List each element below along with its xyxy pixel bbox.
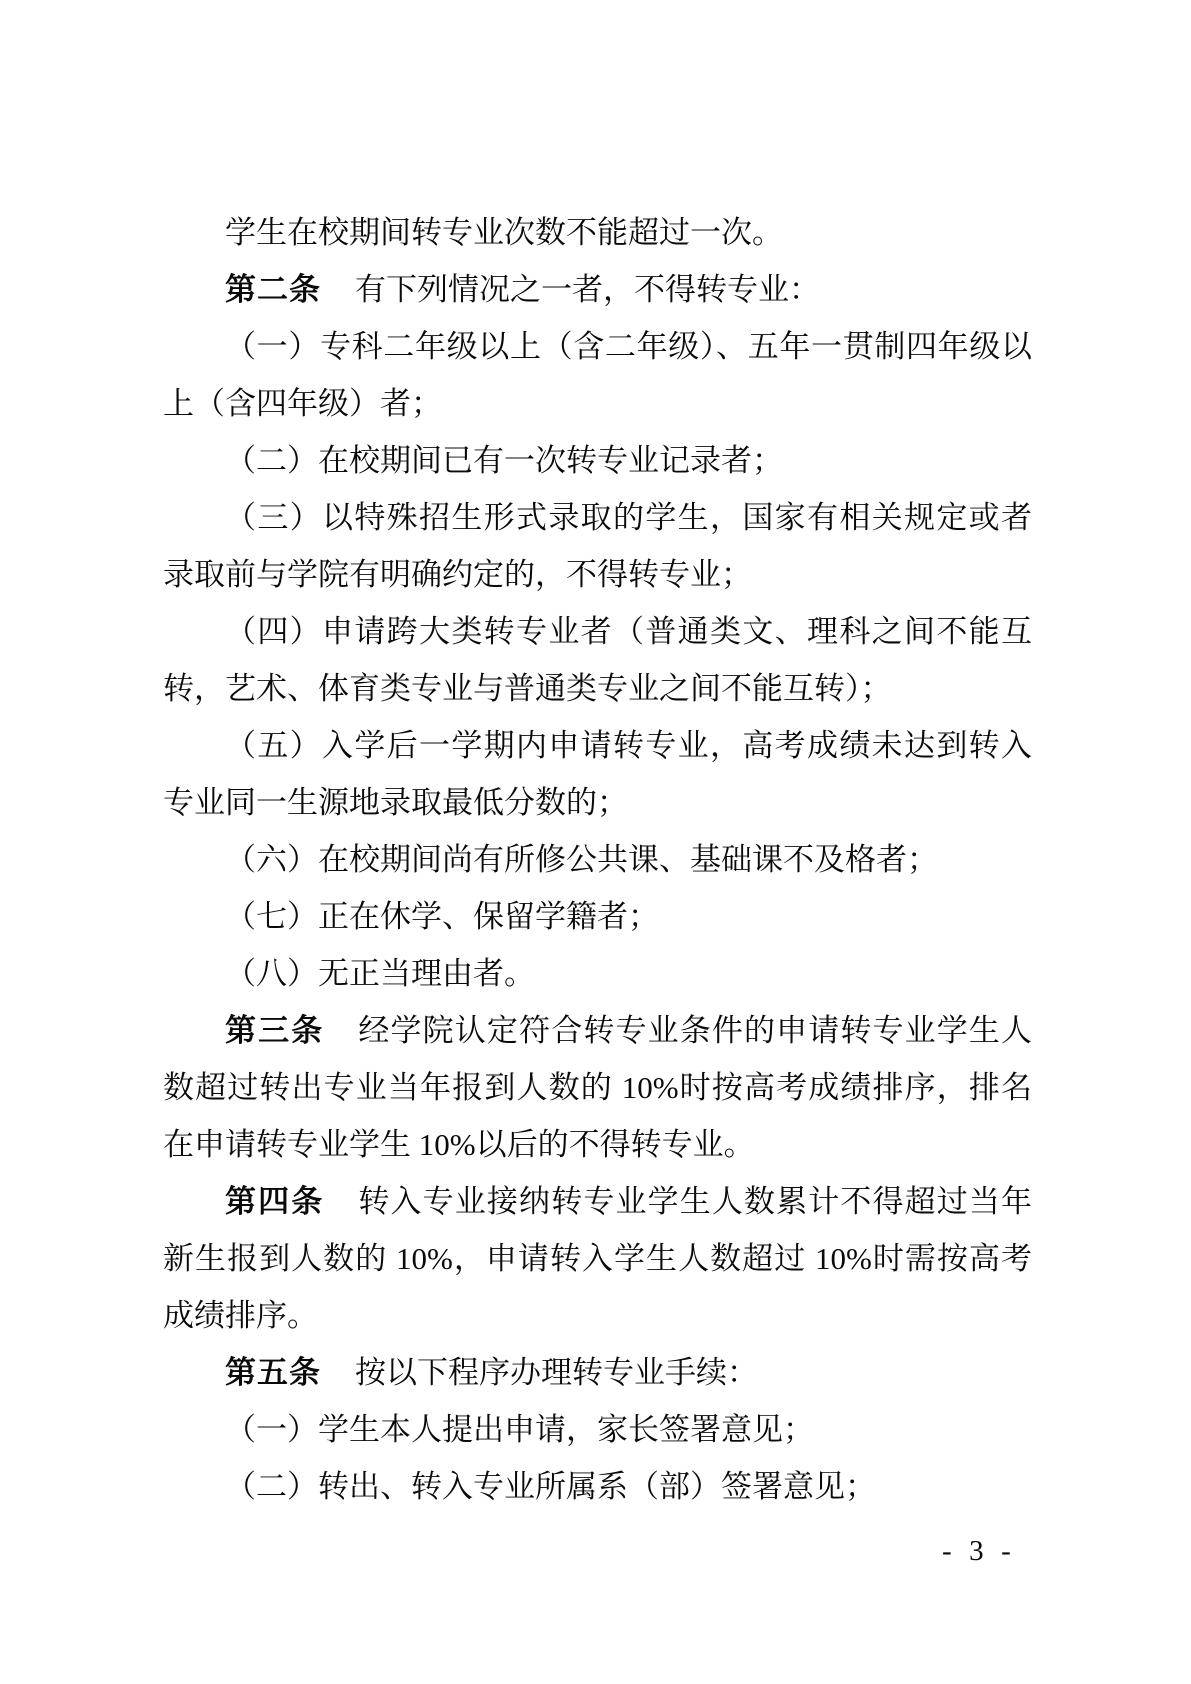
line-text: 数超过转出专业当年报到人数的 10%时按高考成绩排序，排名 bbox=[163, 1070, 1032, 1105]
line-text: （五）入学后一学期内申请转专业，高考成绩未达到转入 bbox=[225, 728, 1032, 763]
line-text: （三）以特殊招生形式录取的学生，国家有相关规定或者 bbox=[225, 500, 1032, 535]
article-heading-line: 第二条有下列情况之一者，不得转专业： bbox=[163, 261, 1032, 318]
line-text: （一）学生本人提出申请，家长签署意见； bbox=[225, 1412, 814, 1447]
line-text: 录取前与学院有明确约定的，不得转专业； bbox=[163, 557, 752, 592]
text-line: （一）学生本人提出申请，家长签署意见； bbox=[163, 1401, 1032, 1458]
text-line: 专业同一生源地录取最低分数的； bbox=[163, 774, 1032, 831]
text-line: 成绩排序。 bbox=[163, 1287, 1032, 1344]
article-heading-line: 第三条经学院认定符合转专业条件的申请转专业学生人 bbox=[163, 1002, 1032, 1059]
line-text: （七）正在休学、保留学籍者； bbox=[225, 899, 659, 934]
article-heading-line: 第四条转入专业接纳转专业学生人数累计不得超过当年 bbox=[163, 1173, 1032, 1230]
text-line: （二）转出、转入专业所属系（部）签署意见； bbox=[163, 1458, 1032, 1515]
text-line: 数超过转出专业当年报到人数的 10%时按高考成绩排序，排名 bbox=[163, 1059, 1032, 1116]
line-text: 经学院认定符合转专业条件的申请转专业学生人 bbox=[358, 1013, 1032, 1048]
line-text: （一）专科二年级以上（含二年级）、五年一贯制四年级以 bbox=[225, 329, 1032, 364]
line-text: （二）转出、转入专业所属系（部）签署意见； bbox=[225, 1469, 876, 1504]
line-text: 成绩排序。 bbox=[163, 1298, 318, 1333]
article-number-label: 第三条 bbox=[225, 1013, 324, 1048]
line-text: 有下列情况之一者，不得转专业： bbox=[355, 272, 820, 307]
text-line: 上（含四年级）者； bbox=[163, 375, 1032, 432]
text-line: 录取前与学院有明确约定的，不得转专业； bbox=[163, 546, 1032, 603]
text-line: （五）入学后一学期内申请转专业，高考成绩未达到转入 bbox=[163, 717, 1032, 774]
article-heading-line: 第五条按以下程序办理转专业手续： bbox=[163, 1344, 1032, 1401]
text-line: 新生报到人数的 10%，申请转入学生人数超过 10%时需按高考 bbox=[163, 1230, 1032, 1287]
article-number-label: 第四条 bbox=[225, 1184, 324, 1219]
text-line: （三）以特殊招生形式录取的学生，国家有相关规定或者 bbox=[163, 489, 1032, 546]
text-line: 在申请转专业学生 10%以后的不得转专业。 bbox=[163, 1116, 1032, 1173]
line-text: （八）无正当理由者。 bbox=[225, 956, 535, 991]
text-line: （一）专科二年级以上（含二年级）、五年一贯制四年级以 bbox=[163, 318, 1032, 375]
line-text: 新生报到人数的 10%，申请转入学生人数超过 10%时需按高考 bbox=[163, 1241, 1032, 1276]
line-text: 专业同一生源地录取最低分数的； bbox=[163, 785, 628, 820]
line-text: 在申请转专业学生 10%以后的不得转专业。 bbox=[163, 1127, 755, 1162]
line-text: （四）申请跨大类转专业者（普通类文、理科之间不能互 bbox=[225, 614, 1032, 649]
line-text: 上（含四年级）者； bbox=[163, 386, 442, 421]
line-text: 按以下程序办理转专业手续： bbox=[355, 1355, 758, 1390]
article-number-label: 第二条 bbox=[225, 272, 321, 307]
text-line: （八）无正当理由者。 bbox=[163, 945, 1032, 1002]
document-body-text: 学生在校期间转专业次数不能超过一次。第二条有下列情况之一者，不得转专业：（一）专… bbox=[163, 204, 1032, 1515]
text-line: 学生在校期间转专业次数不能超过一次。 bbox=[163, 204, 1032, 261]
line-text: 学生在校期间转专业次数不能超过一次。 bbox=[225, 215, 783, 250]
text-line: （六）在校期间尚有所修公共课、基础课不及格者； bbox=[163, 831, 1032, 888]
text-line: （七）正在休学、保留学籍者； bbox=[163, 888, 1032, 945]
text-line: 转，艺术、体育类专业与普通类专业之间不能互转）； bbox=[163, 660, 1032, 717]
article-number-label: 第五条 bbox=[225, 1355, 321, 1390]
line-text: 转入专业接纳转专业学生人数累计不得超过当年 bbox=[358, 1184, 1032, 1219]
line-text: 转，艺术、体育类专业与普通类专业之间不能互转）； bbox=[163, 671, 892, 706]
text-line: （四）申请跨大类转专业者（普通类文、理科之间不能互 bbox=[163, 603, 1032, 660]
text-line: （二）在校期间已有一次转专业记录者； bbox=[163, 432, 1032, 489]
line-text: （六）在校期间尚有所修公共课、基础课不及格者； bbox=[225, 842, 938, 877]
line-text: （二）在校期间已有一次转专业记录者； bbox=[225, 443, 783, 478]
document-page: 学生在校期间转专业次数不能超过一次。第二条有下列情况之一者，不得转专业：（一）专… bbox=[0, 0, 1191, 1684]
page-number: - 3 - bbox=[942, 1531, 1012, 1571]
